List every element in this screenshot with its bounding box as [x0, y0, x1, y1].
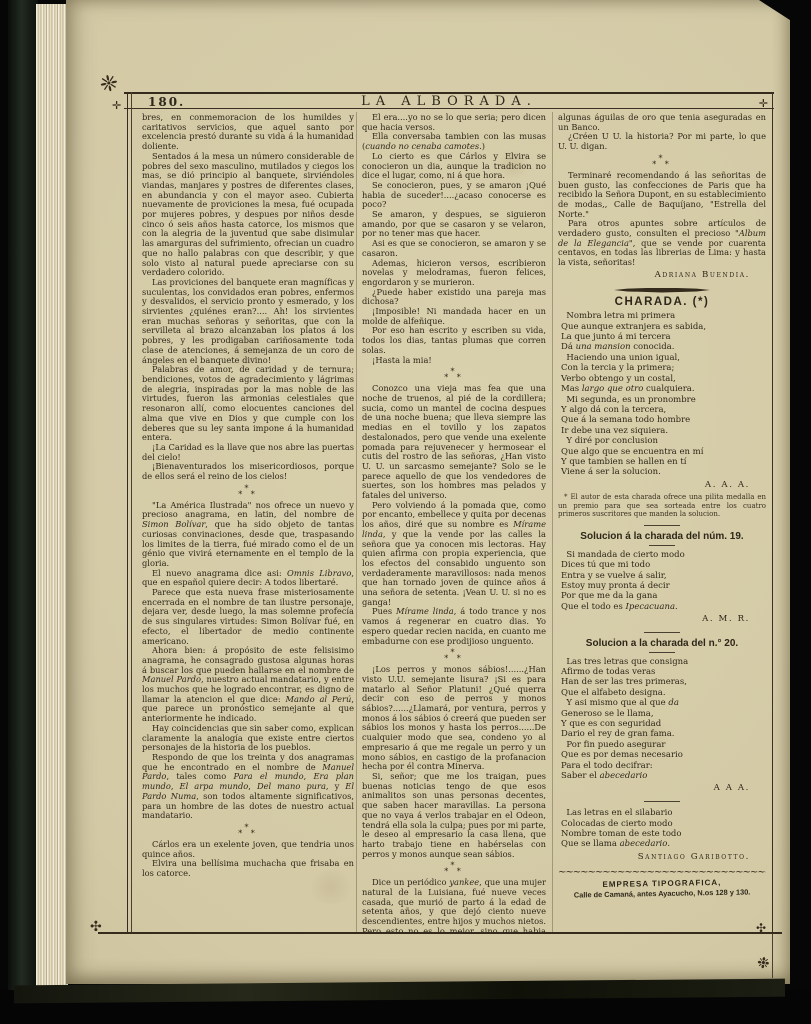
paragraph: Sentados á la mesa un número considerabl…	[142, 152, 354, 278]
paragraph: ¡La Caridad es la llave que nos abre las…	[142, 443, 354, 462]
section-heading: CHARADA. (*)	[558, 298, 766, 308]
poem-line: Que es por demas necesario	[561, 750, 766, 760]
corner-fleuron-icon: ❈	[98, 72, 121, 97]
photographed-book-page: { "colors": { "paper": "#d5cba8", "ink":…	[0, 0, 811, 1024]
poem-line: Ir debe una vez siquiera.	[561, 426, 766, 436]
paragraph: Conozco una vieja mas fea que una noche …	[362, 384, 546, 500]
asterisk-bottom: * *	[362, 375, 546, 381]
frame-right-rule	[772, 92, 773, 934]
poem-line: Dá una mansion conocida.	[561, 342, 766, 352]
paragraph: Hay coincidencias que sin saber como, ex…	[142, 724, 354, 753]
signature: Santiago Garibotto.	[558, 853, 750, 863]
poem: Si mandada de cierto modoDices tú que mi…	[561, 550, 766, 612]
paragraph: ¡Bienaventurados los misericordiosos, po…	[142, 462, 354, 481]
paragraph: Se conocieron, pues, y se amaron ¡Qué ha…	[362, 181, 546, 210]
rule-divider	[644, 525, 680, 526]
poem-line: Viene á ser la solucion.	[561, 467, 766, 477]
paragraph: Respondo de que los treinta y dos anagra…	[142, 753, 354, 821]
poem-line: Dario el rey de gran fama.	[561, 729, 766, 739]
poem-line: Y asi mismo que al que da	[561, 698, 766, 708]
rule-end-ornament-icon: ✣	[90, 920, 102, 934]
section-heading: Solucion a la charada del n.° 20.	[558, 639, 766, 653]
poem: Las letras en el silabarioColocadas de c…	[561, 808, 766, 850]
asterisk-bottom: * *	[142, 831, 354, 837]
asterisk-divider: ** *	[362, 650, 546, 662]
frame-left-rule	[127, 92, 132, 934]
paragraph: Parece que esta nueva frase misteriosame…	[142, 588, 354, 646]
rule-divider	[644, 801, 680, 802]
poem: Las tres letras que consignaAfirmo de to…	[561, 657, 766, 782]
book-cover-spine	[8, 0, 38, 1004]
paragraph: Pues Mírame linda, á todo trance y nos v…	[362, 607, 546, 646]
paragraph: "La América Ilustrada" nos ofrece un nue…	[142, 501, 354, 569]
diamond-divider	[614, 288, 710, 293]
poem-line: Dices tú que mi todo	[561, 560, 766, 570]
column-separator-left	[356, 112, 357, 932]
poem-line: La que junto á mi tercera	[561, 332, 766, 342]
corner-cross-icon: ✛	[112, 100, 121, 111]
paragraph: Ella conversaba tambien con las musas (c…	[362, 132, 546, 151]
wavy-rule	[558, 869, 766, 877]
signature: A. A. A.	[558, 481, 750, 491]
newspaper-page: ❈ ✛ ✛ ✣ ✣ ❉ 180. LA ALBORADA. bres, en c…	[66, 0, 790, 984]
poem-line: Que el todo es Ipecacuana.	[561, 602, 766, 612]
asterisk-divider: ** *	[558, 156, 766, 168]
paragraph: Por eso han escrito y escriben su vida, …	[362, 326, 546, 355]
asterisk-divider: ** *	[142, 825, 354, 837]
signature: A A A.	[558, 784, 750, 794]
poem-line: Que á la semana todo hombre	[561, 415, 766, 425]
paragraph: Elvira una bellísima muchacha que frisab…	[142, 859, 354, 878]
asterisk-bottom: * *	[142, 492, 354, 498]
paragraph: Las proviciones del banquete eran magníf…	[142, 278, 354, 365]
poem-line: Las letras en el silabario	[561, 808, 766, 818]
paragraph: Pero volviendo á la pomada que, como por…	[362, 501, 546, 608]
paragraph: Cárlos era un exelente joven, que tendri…	[142, 840, 354, 859]
paragraph: ¡Hasta la mia!	[362, 356, 546, 366]
asterisk-divider: ** *	[362, 863, 546, 875]
poem-line: Afirmo de todas veras	[561, 667, 766, 677]
poem-line: Y diré por conclusion	[561, 436, 766, 446]
poem-line: Saber el abecedario	[561, 771, 766, 781]
poem-line: Mas largo que otro cualquiera.	[561, 384, 766, 394]
paragraph: Terminaré recomendando á las señoritas d…	[558, 171, 766, 220]
asterisk-divider: ** *	[362, 369, 546, 381]
poem-line: Si mandada de cierto modo	[561, 550, 766, 560]
poem-line: Que algo que se encuentra en mí	[561, 447, 766, 457]
asterisk-divider: ** *	[142, 486, 354, 498]
paragraph-continuation: algunas águilas de oro que tenia asegura…	[558, 113, 766, 132]
paragraph: Si, señor; que me los traigan, pues buen…	[362, 772, 546, 859]
poem-line: Y que es con seguridad	[561, 719, 766, 729]
poem-line: Estoy muy pronta á decir	[561, 581, 766, 591]
poem-line: Generoso se le llama,	[561, 709, 766, 719]
asterisk-bottom: * *	[558, 162, 766, 168]
rule-divider	[644, 632, 680, 633]
column-separator-right	[552, 112, 553, 932]
poem-line: Las tres letras que consigna	[561, 657, 766, 667]
signature: Adriana Buendia.	[558, 271, 750, 281]
paragraph: El nuevo anagrama dice asi: Omnis Librav…	[142, 569, 354, 588]
poem-line: Que se llama abecedario.	[561, 839, 766, 849]
paragraph: Se amaron, y despues, se siguieron amand…	[362, 210, 546, 239]
paragraph: ¿Créen U U. la historia? Por mi parte, l…	[558, 132, 766, 151]
column-right: algunas águilas de oro que tenia asegura…	[558, 113, 766, 933]
paragraph: Ahora bien: á propósito de este felisisi…	[142, 646, 354, 724]
paragraph: Asi es que se conocieron, se amaron y se…	[362, 239, 546, 258]
paragraph: Lo cierto es que Cárlos y Elvira se cono…	[362, 152, 546, 181]
footnote: * El autor de esta charada ofrece una pi…	[558, 493, 766, 518]
book-page-edges	[36, 4, 68, 994]
column-left: bres, en conmemoracion de los humildes y…	[142, 113, 354, 933]
paragraph: Ademas, hicieron versos, escribieron nov…	[362, 259, 546, 288]
poem-line: Por que me da la gana	[561, 591, 766, 601]
poem-line: Verbo obtengo y un costal,	[561, 374, 766, 384]
paragraph: Palabras de amor, de caridad y de ternur…	[142, 365, 354, 443]
poem-line: Que aunque extranjera es sabida,	[561, 322, 766, 332]
paragraph: Dice un periódico yankee, que una mujer …	[362, 878, 546, 933]
asterisk-bottom: * *	[362, 869, 546, 875]
signature: A. M. R.	[558, 615, 750, 625]
poem-line: Por fin puedo asegurar	[561, 740, 766, 750]
poem-line: Colocadas de cierto modo	[561, 819, 766, 829]
poem-line: Entra y se vuelve á salir,	[561, 571, 766, 581]
paragraph: Él era....yo no se lo que seria; pero di…	[362, 113, 546, 132]
corner-fleuron-icon: ❉	[756, 955, 771, 972]
paragraph-continuation: bres, en conmemoracion de los humildes y…	[142, 113, 354, 152]
poem-line: Nombra letra mi primera	[561, 311, 766, 321]
paragraph: Para otros apuntes sobre artículos de ve…	[558, 219, 766, 268]
poem-line: Mi segunda, es un pronombre	[561, 395, 766, 405]
poem: Nombra letra mi primeraQue aunque extran…	[561, 311, 766, 478]
poem-line: Y que tambien se hallen en tí	[561, 457, 766, 467]
poem-line: Que el alfabeto designa.	[561, 688, 766, 698]
poem-line: Para el todo decifrar:	[561, 761, 766, 771]
paragraph: ¿Puede haber existido una pareja mas dic…	[362, 288, 546, 307]
masthead-title: LA ALBORADA.	[124, 94, 774, 109]
paragraph: ¡Imposible! Ni mandada hacer en un molde…	[362, 307, 546, 326]
poem-line: Y algo dá con la tercera,	[561, 405, 766, 415]
column-middle: Él era....yo no se lo que seria; pero di…	[362, 113, 546, 933]
frame-right-rule-lower	[772, 934, 773, 978]
paragraph: ¡Los perros y monos sábios!......¿Han vi…	[362, 665, 546, 772]
section-heading: Solucion á la charada del núm. 19.	[558, 532, 766, 546]
poem-line: Haciendo una union igual,	[561, 353, 766, 363]
imprint: EMPRESA TIPOGRAFICA,Calle de Camaná, ant…	[558, 877, 766, 900]
poem-line: Han de ser las tres primeras,	[561, 677, 766, 687]
poem-line: Con la tercia y la primera;	[561, 363, 766, 373]
poem-line: Nombre toman de este todo	[561, 829, 766, 839]
asterisk-bottom: * *	[362, 656, 546, 662]
